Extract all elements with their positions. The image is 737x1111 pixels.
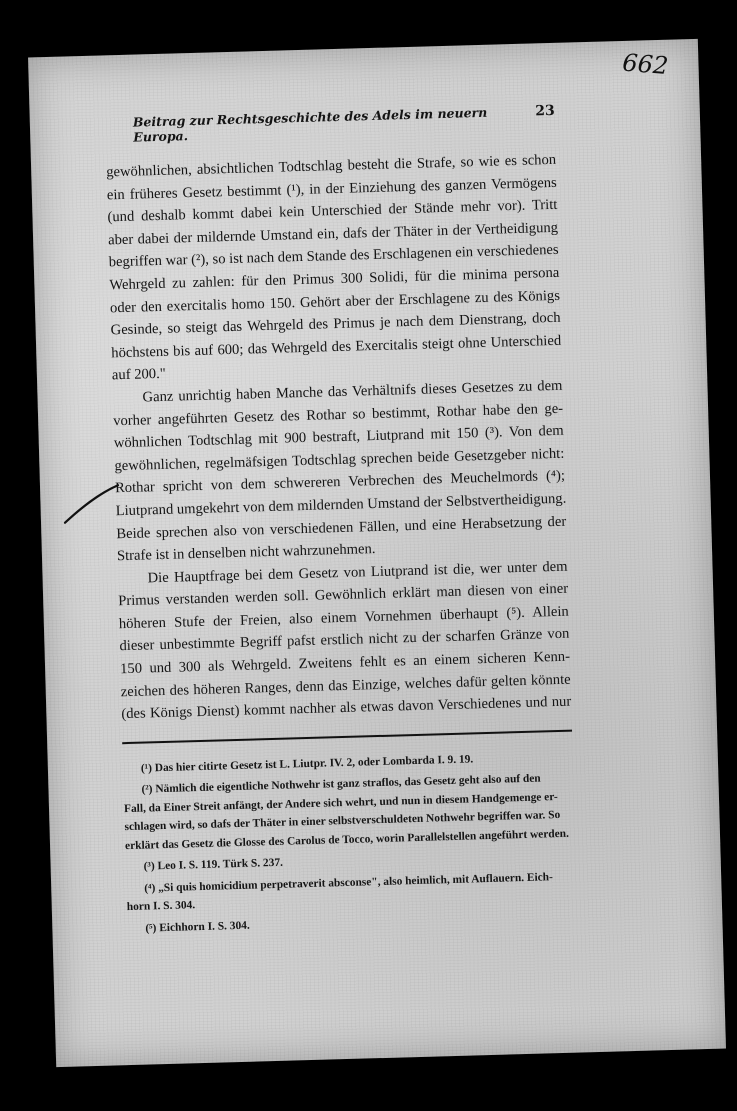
footnotes: (¹) Das hier citirte Gesetz ist L. Liutp… [123,747,578,938]
paragraph-2: Ganz unrichtig haben Manche das Verhältn… [112,375,567,568]
paragraph-3: Die Hauptfrage bei dem Gesetz von Liutpr… [117,555,571,726]
page-number: 23 [535,103,555,120]
body-text: gewöhnlichen, absichtlichen Todtschlag b… [106,149,572,726]
footnote-2: (²) Nämlich die eigentliche Nothwehr ist… [123,769,575,856]
margin-pen-stroke-icon [60,483,121,525]
running-title: Beitrag zur Rechtsgeschichte des Adels i… [133,103,536,144]
footnote-separator-rule [122,729,572,744]
paragraph-1: gewöhnlichen, absichtlichen Todtschlag b… [106,149,562,387]
page-content: Beitrag zur Rechtsgeschichte des Adels i… [105,103,578,942]
scanned-page: 662 Beitrag zur Rechtsgeschichte des Ade… [28,39,726,1067]
handwritten-folio-number: 662 [622,49,670,80]
running-head: Beitrag zur Rechtsgeschichte des Adels i… [105,103,556,146]
